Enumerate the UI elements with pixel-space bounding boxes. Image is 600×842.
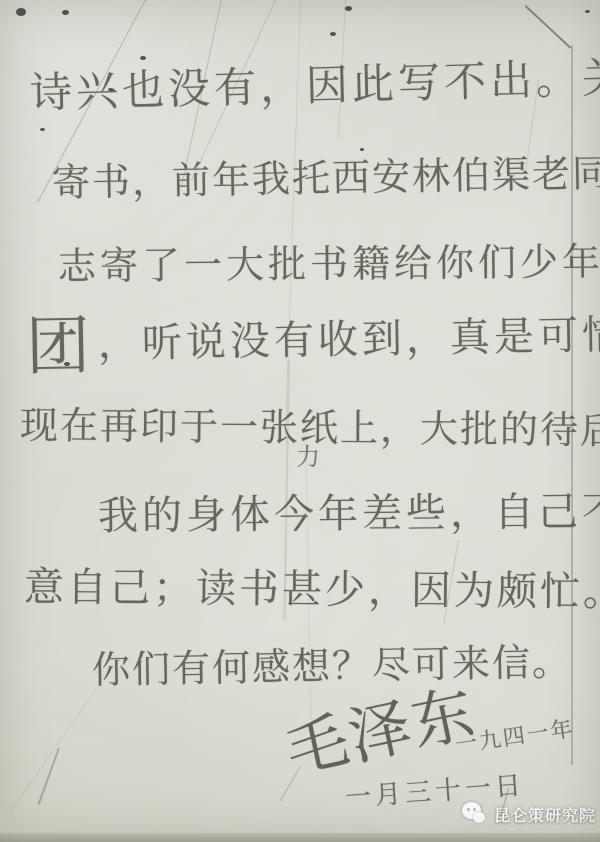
ink-speck	[40, 128, 45, 131]
handwritten-line-8: 你们有何感想？尽可来信。	[92, 642, 573, 692]
watermark-logo-bubble-small	[473, 812, 485, 823]
watermark-text: 昆仑策研究院	[494, 803, 596, 826]
handwritten-line-1: 诗兴也没有，因此写不出。关于	[30, 54, 600, 117]
ink-speck	[64, 362, 70, 366]
watermark: 昆仑策研究院	[462, 802, 596, 826]
scan-crease-mark	[571, 45, 573, 765]
handwritten-line-4: 团 ，听说没有收到，真是可惜。	[26, 312, 600, 379]
handwritten-line-7: 意自己；读书甚少，因为颇忙。	[24, 565, 600, 614]
ink-speck	[330, 32, 336, 36]
ink-speck	[360, 148, 364, 151]
handwritten-line-4-text: ，听说没有收到，真是可惜。	[98, 312, 600, 366]
watermark-logo-icon	[462, 802, 488, 826]
ink-speck	[140, 56, 146, 60]
handwritten-line-3: 志寄了一大批书籍给你们少年	[58, 242, 600, 289]
inserted-correction-char: 力	[296, 444, 320, 470]
handwritten-line-6: 我的身体今年差些，自己不满	[98, 490, 600, 539]
handwritten-line-2: 寄书，前年我托西安林伯渠老同	[52, 153, 600, 205]
ink-speck	[62, 10, 69, 15]
ink-speck	[108, 88, 113, 91]
watermark-logo-eye	[473, 808, 476, 811]
ink-speck	[585, 10, 590, 13]
ink-speck	[345, 6, 352, 11]
handwritten-large-character: 团	[25, 314, 94, 379]
scan-crease-mark	[9, 690, 96, 813]
manuscript-scan: 诗兴也没有，因此写不出。关于 寄书，前年我托西安林伯渠老同 志寄了一大批书籍给你…	[0, 0, 600, 842]
watermark-logo-eye	[467, 808, 470, 811]
scan-bottom-edge	[0, 833, 600, 842]
ink-speck	[16, 8, 26, 16]
page-corner-cut-line	[525, 5, 571, 48]
